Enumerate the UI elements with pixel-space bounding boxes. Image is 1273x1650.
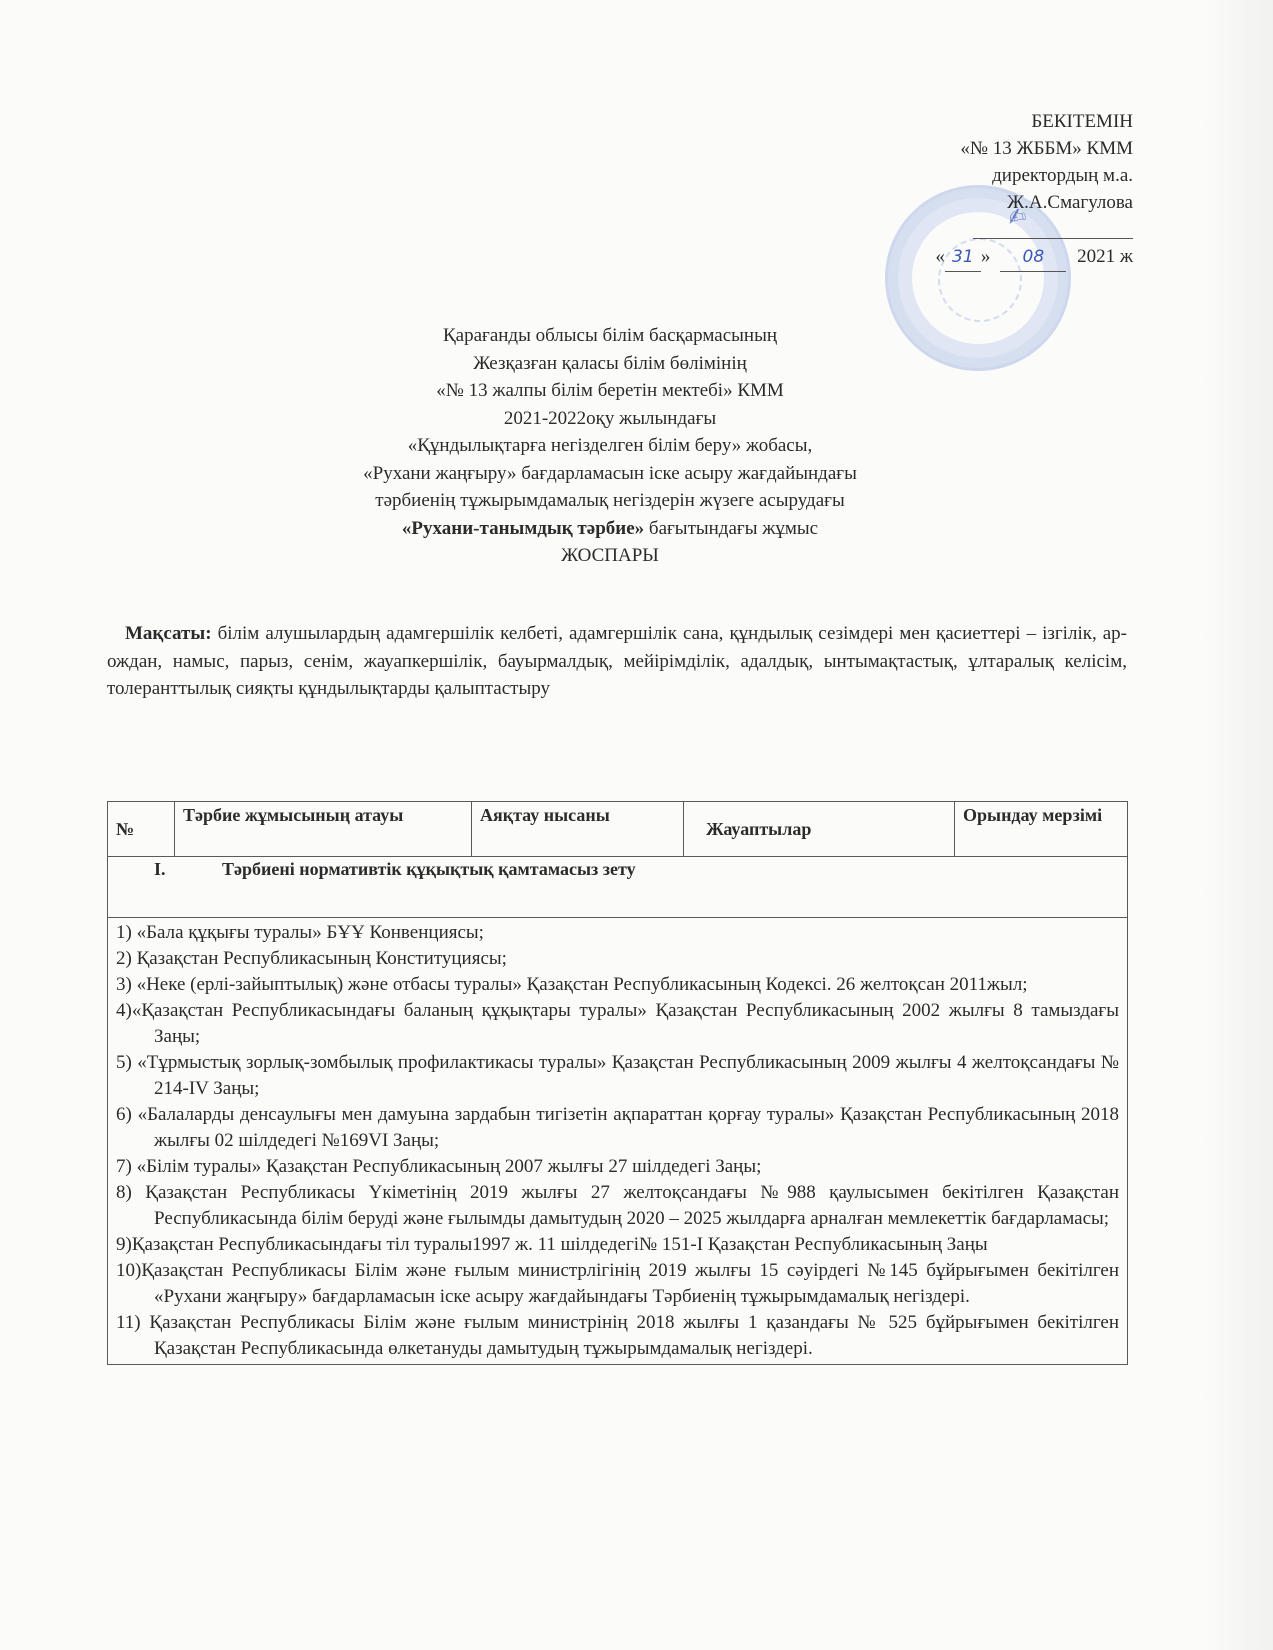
approval-position: директордың м.а.	[935, 162, 1133, 189]
direction-rest: бағытындағы жұмыс	[644, 518, 818, 539]
table-header-row: № Тәрбие жұмысының атауы Аяқтау нысаны Ж…	[108, 802, 1128, 857]
heading-line: Қарағанды облысы білім басқармасының	[230, 322, 990, 350]
list-item: 10)Қазақстан Республикасы Білім және ғыл…	[116, 1258, 1119, 1310]
heading-line: «№ 13 жалпы білім беретін мектебі» КММ	[230, 377, 990, 405]
list-item: 4)«Қазақстан Республикасындағы баланың қ…	[116, 998, 1119, 1050]
direction-bold: «Рухани-танымдық тәрбие»	[402, 518, 644, 539]
header-responsible: Жауаптылар	[684, 802, 955, 857]
date-year: 2021 ж	[1077, 246, 1133, 267]
list-item: 5) «Тұрмыстық зорлық-зомбылық профилакти…	[116, 1050, 1119, 1102]
plan-title: ЖОСПАРЫ	[230, 542, 990, 570]
approval-name: Ж.А.Смагулова	[935, 189, 1133, 216]
laws-list: 1) «Бала құқығы туралы» БҰҰ Конвенциясы;…	[108, 918, 1128, 1365]
section-row: I.Тәрбиені нормативтік құқықтық қамтамас…	[108, 857, 1128, 918]
approval-date: «31»08 2021 ж	[935, 243, 1133, 272]
list-item: 8) Қазақстан Республикасы Үкіметінің 201…	[116, 1180, 1119, 1232]
heading-line: «Құндылықтарға негізделген білім беру» ж…	[230, 432, 990, 460]
approval-org: «№ 13 ЖББМ» КММ	[935, 135, 1133, 162]
section-number: I.	[116, 859, 222, 880]
approval-title: БЕКІТЕМІН	[935, 108, 1133, 135]
section-title: I.Тәрбиені нормативтік құқықтық қамтамас…	[108, 857, 1128, 918]
header-number: №	[108, 802, 175, 857]
quote-close: »	[981, 246, 991, 267]
heading-line: «Рухани жаңғыру» бағдарламасын іске асыр…	[230, 460, 990, 488]
approval-block: БЕКІТЕМІН «№ 13 ЖББМ» КММ директордың м.…	[935, 108, 1133, 272]
header-form: Аяқтау нысаны	[472, 802, 684, 857]
section-label: Тәрбиені нормативтік құқықтық қамтамасыз…	[222, 859, 636, 879]
header-activity: Тәрбие жұмысының атауы	[175, 802, 472, 857]
laws-row: 1) «Бала құқығы туралы» БҰҰ Конвенциясы;…	[108, 918, 1128, 1365]
signature-line	[973, 216, 1133, 239]
heading-line: Жезқазған қаласы білім бөлімінің	[230, 350, 990, 378]
goal-text: білім алушылардың адамгершілік келбеті, …	[107, 623, 1127, 699]
heading-direction: «Рухани-танымдық тәрбие» бағытындағы жұм…	[230, 515, 990, 543]
list-item: 9)Қазақстан Республикасындағы тіл туралы…	[116, 1232, 1119, 1258]
quote-open: «	[935, 246, 945, 267]
list-item: 6) «Балаларды денсаулығы мен дамуына зар…	[116, 1102, 1119, 1154]
list-item: 3) «Неке (ерлі-зайыптылық) және отбасы т…	[116, 972, 1119, 998]
header-deadline: Орындау мерзімі	[955, 802, 1128, 857]
list-item: 7) «Білім туралы» Қазақстан Республикасы…	[116, 1154, 1119, 1180]
heading-line: 2021-2022оқу жылындағы	[230, 405, 990, 433]
heading-line: тәрбиенің тұжырымдамалық негіздерін жүзе…	[230, 487, 990, 515]
document-heading: Қарағанды облысы білім басқармасының Жез…	[230, 322, 990, 570]
scan-page-edge	[1203, 0, 1273, 1650]
date-month: 08	[1000, 244, 1066, 272]
list-item: 2) Қазақстан Республикасының Конституция…	[116, 946, 1119, 972]
list-item: 11) Қазақстан Республикасы Білім және ғы…	[116, 1310, 1119, 1362]
list-item: 1) «Бала құқығы туралы» БҰҰ Конвенциясы;	[116, 920, 1119, 946]
goal-label: Мақсаты:	[125, 623, 212, 644]
goal-paragraph: Мақсаты: білім алушылардың адамгершілік …	[107, 620, 1127, 703]
date-day: 31	[945, 244, 981, 272]
plan-table: № Тәрбие жұмысының атауы Аяқтау нысаны Ж…	[107, 801, 1128, 1365]
